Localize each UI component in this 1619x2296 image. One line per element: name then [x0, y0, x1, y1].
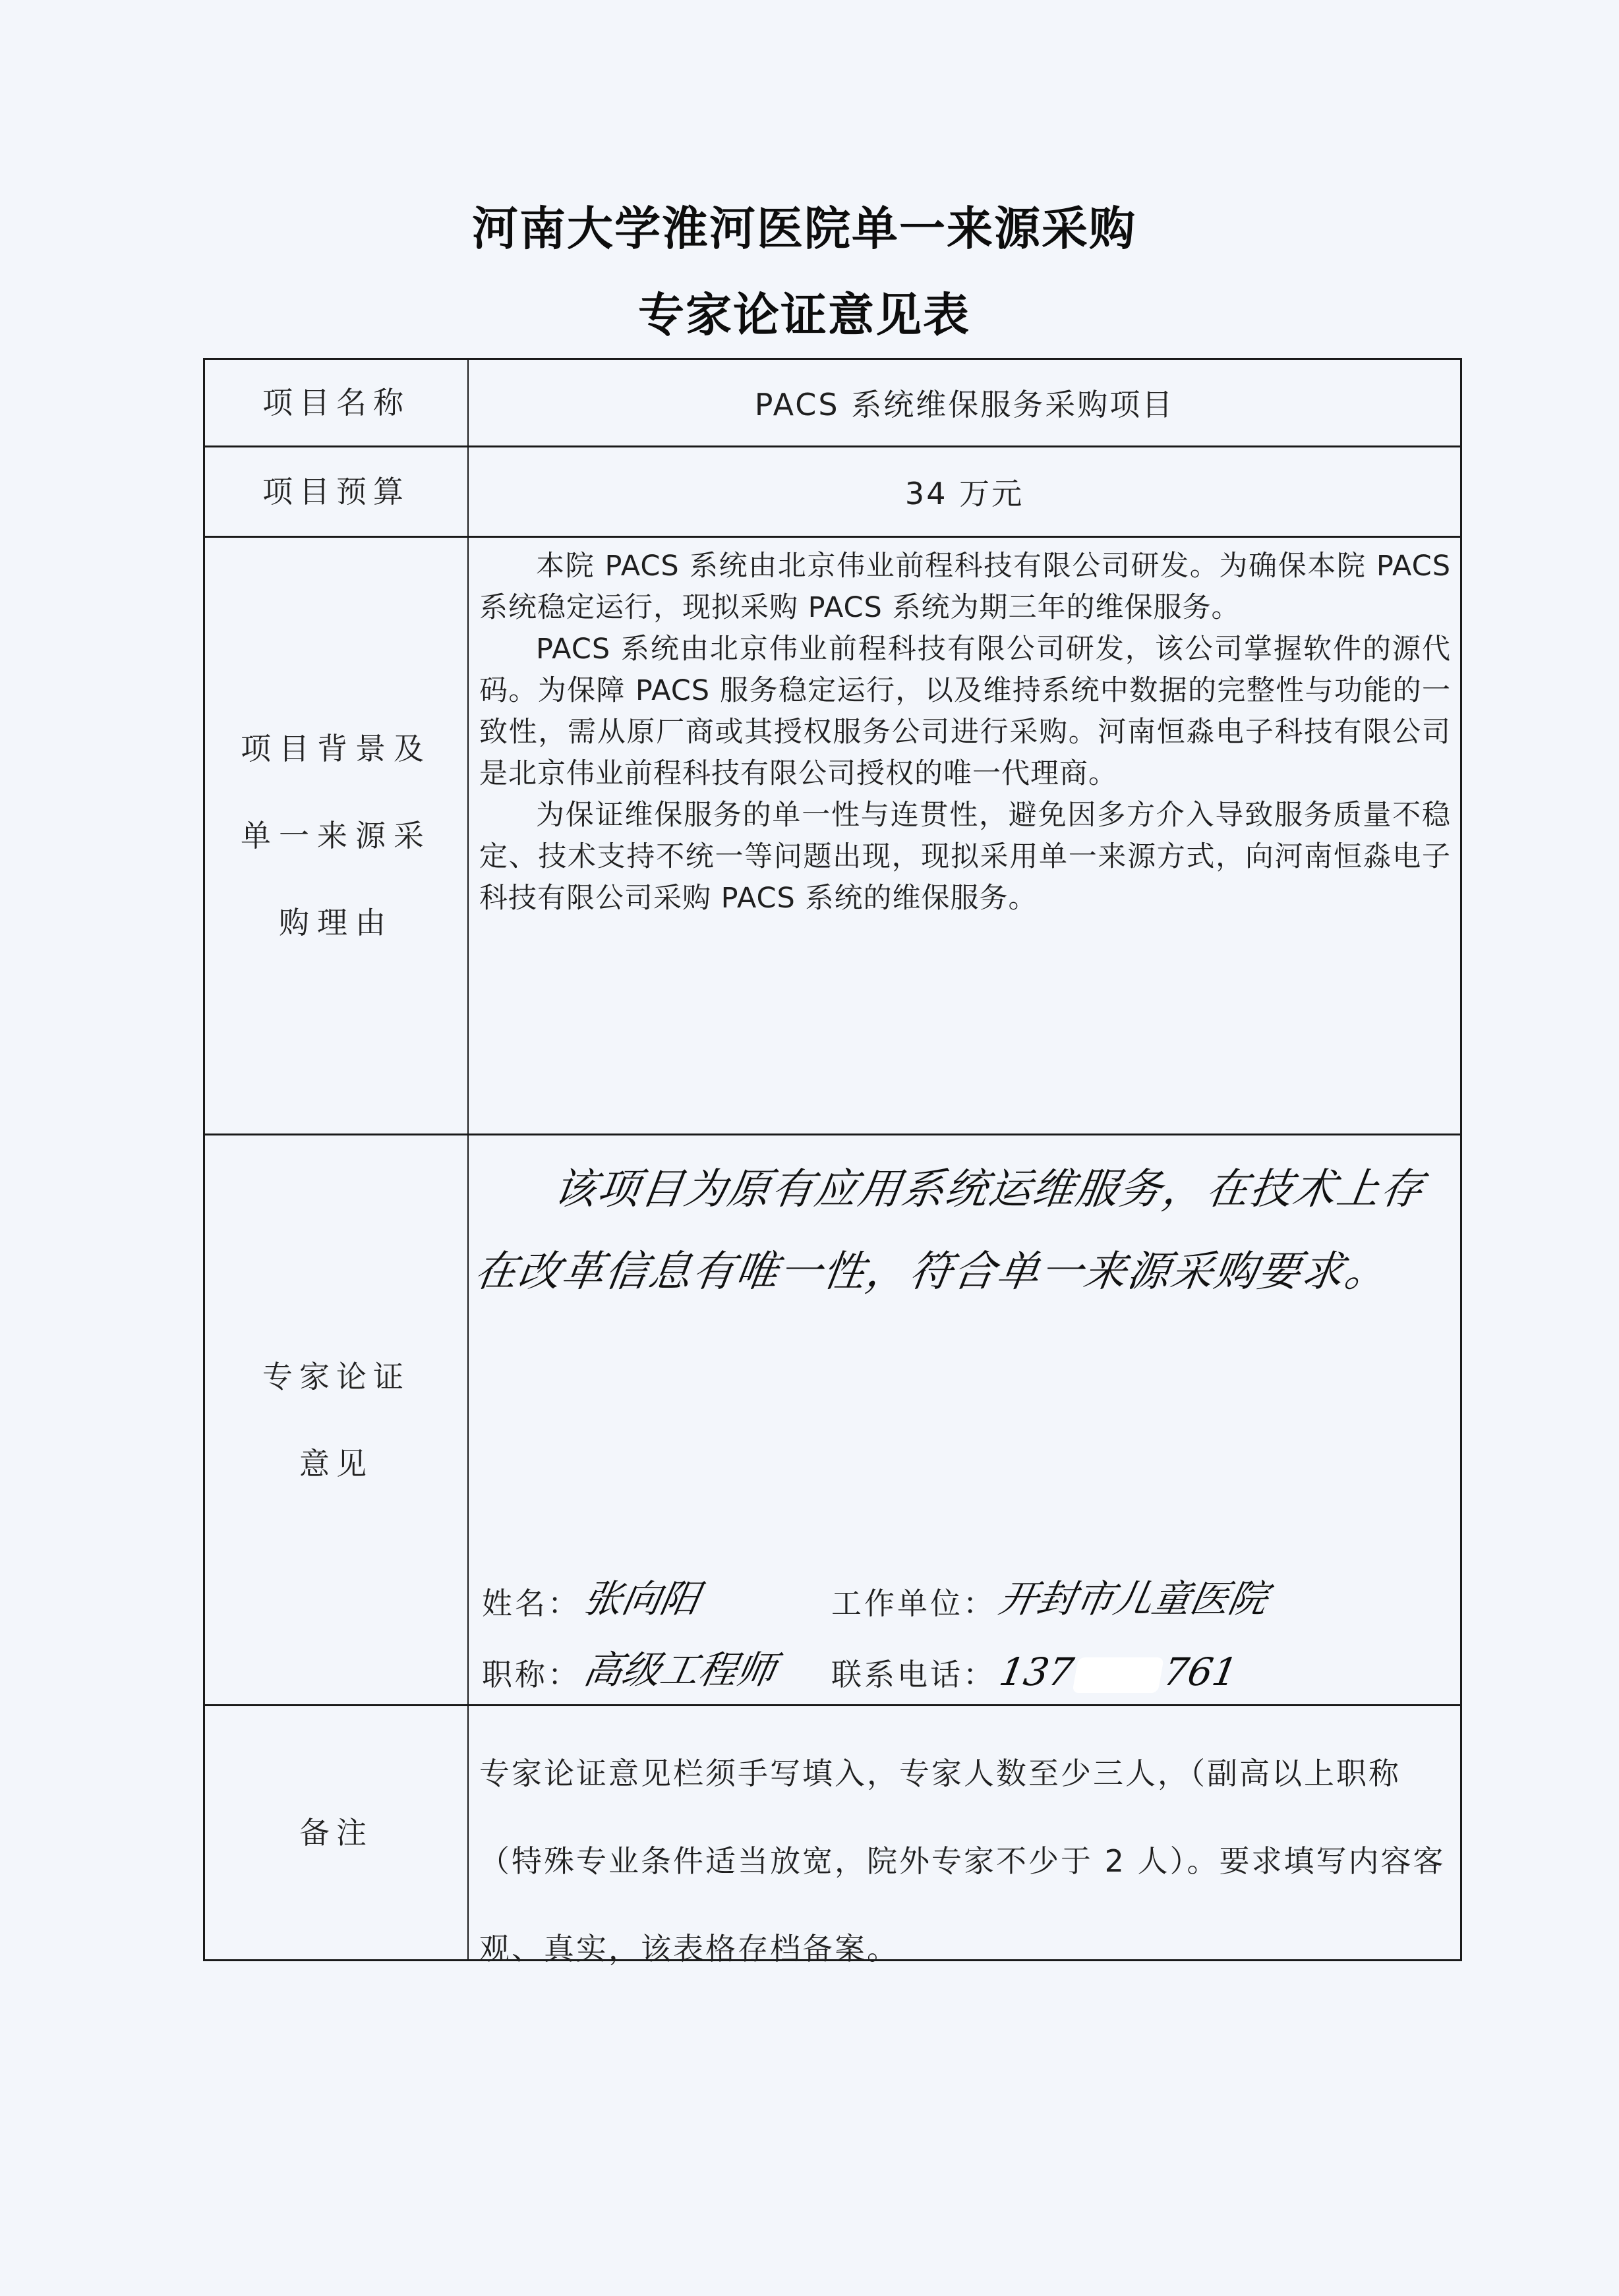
project-name-label: 项目名称	[205, 360, 469, 445]
budget-value: 34 万元	[469, 447, 1460, 536]
redaction-mark	[1072, 1657, 1164, 1693]
signature-line-2: 职称： 高级工程师 联系电话： 137761	[482, 1642, 1447, 1694]
phone-label: 联系电话：	[831, 1651, 996, 1694]
row-budget: 项目预算 34 万元	[205, 447, 1460, 538]
background-text: 本院 PACS 系统由北京伟业前程科技有限公司研发。为确保本院 PACS 系统稳…	[469, 538, 1460, 1134]
document-title: 河南大学淮河医院单一来源采购	[0, 206, 1614, 252]
notes-label: 备注	[205, 1706, 469, 1959]
expert-opinion-label: 专家论证 意见	[205, 1135, 469, 1704]
title-label: 职称：	[482, 1651, 581, 1694]
row-notes: 备注 专家论证意见栏须手写填入，专家人数至少三人，（副高以上职称（特殊专业条件适…	[205, 1706, 1460, 1959]
notes-text: 专家论证意见栏须手写填入，专家人数至少三人，（副高以上职称（特殊专业条件适当放宽…	[469, 1706, 1460, 1959]
phone-value: 137761	[996, 1650, 1241, 1694]
unit-value: 开封市儿童医院	[995, 1568, 1273, 1623]
title-value: 高级工程师	[580, 1639, 781, 1694]
expert-opinion-cell: 该项目为原有应用系统运维服务，在技术上存在改革信息有唯一性，符合单一来源采购要求…	[469, 1135, 1460, 1704]
background-paragraph: 为保证维保服务的单一性与连贯性，避免因多方介入导致服务质量不稳定、技术支持不统一…	[479, 795, 1451, 919]
name-label: 姓名：	[482, 1580, 581, 1623]
name-value: 张向阳	[580, 1568, 705, 1623]
phone-prefix: 137	[996, 1650, 1077, 1694]
handwritten-opinion: 该项目为原有应用系统运维服务，在技术上存在改革信息有唯一性，符合单一来源采购要求…	[469, 1149, 1458, 1313]
expert-opinion-form: 项目名称 PACS 系统维保服务采购项目 项目预算 34 万元 项目背景及单一来…	[203, 358, 1462, 1961]
budget-label: 项目预算	[205, 447, 469, 536]
document-subtitle: 专家论证意见表	[0, 292, 1614, 338]
background-paragraph: 本院 PACS 系统由北京伟业前程科技有限公司研发。为确保本院 PACS 系统稳…	[479, 546, 1451, 629]
expert-opinion-label-line1: 专家论证	[262, 1333, 410, 1420]
unit-field: 工作单位： 开封市儿童医院	[831, 1568, 1268, 1623]
name-field: 姓名： 张向阳	[482, 1568, 831, 1623]
phone-field: 联系电话： 137761	[831, 1650, 1237, 1694]
expert-opinion-label-line2: 意见	[299, 1420, 373, 1507]
project-name-value: PACS 系统维保服务采购项目	[469, 360, 1460, 445]
signature-line-1: 姓名： 张向阳 工作单位： 开封市儿童医院	[482, 1570, 1447, 1623]
row-project-name: 项目名称 PACS 系统维保服务采购项目	[205, 360, 1460, 447]
title-field: 职称： 高级工程师	[482, 1639, 831, 1694]
phone-suffix: 761	[1160, 1650, 1241, 1694]
row-background: 项目背景及单一来源采购理由 本院 PACS 系统由北京伟业前程科技有限公司研发。…	[205, 538, 1460, 1135]
background-label: 项目背景及单一来源采购理由	[205, 538, 469, 1134]
background-paragraph: PACS 系统由北京伟业前程科技有限公司研发，该公司掌握软件的源代码。为保障 P…	[479, 629, 1451, 795]
row-expert-opinion: 专家论证 意见 该项目为原有应用系统运维服务，在技术上存在改革信息有唯一性，符合…	[205, 1135, 1460, 1706]
unit-label: 工作单位：	[831, 1580, 996, 1623]
